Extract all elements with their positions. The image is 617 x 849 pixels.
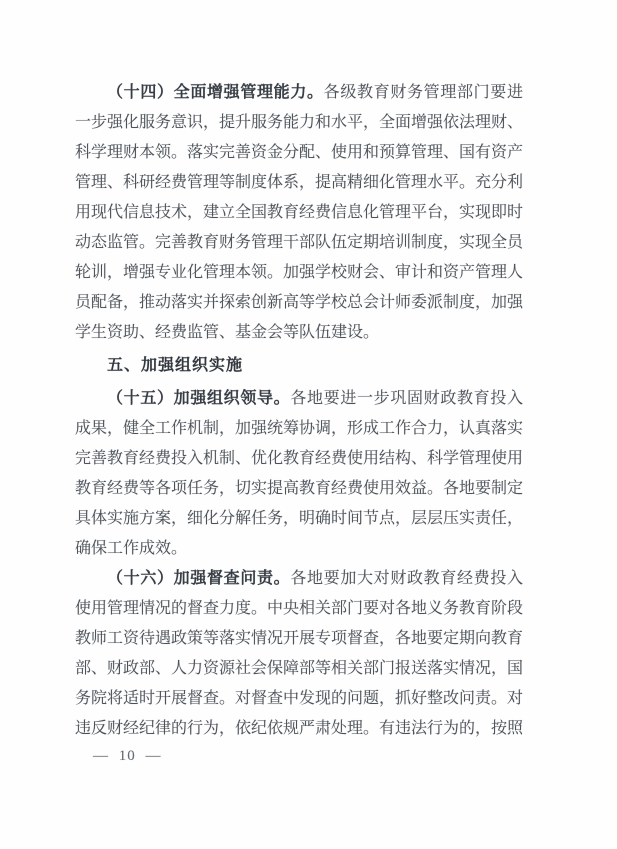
paragraph-item-16: （十六）加强督查问责。各地要加大对财政教育经费投入使用管理情况的督查力度。中央相… <box>75 564 523 744</box>
page-number: — 10 — <box>93 747 162 765</box>
paragraph-item-15-lead: （十五）加强组织领导。 <box>107 390 290 407</box>
document-body: （十四）全面增强管理能力。各级教育财务管理部门要进一步强化服务意识，提升服务能力… <box>75 78 523 744</box>
section-heading-5: 五、加强组织实施 <box>75 351 523 381</box>
paragraph-item-14: （十四）全面增强管理能力。各级教育财务管理部门要进一步强化服务意识，提升服务能力… <box>75 78 523 348</box>
paragraph-item-15: （十五）加强组织领导。各地要进一步巩固财政教育投入成果，健全工作机制，加强统筹协… <box>75 384 523 564</box>
paragraph-item-16-text: 各地要加大对财政教育经费投入使用管理情况的督查力度。中央相关部门要对各地义务教育… <box>75 570 523 737</box>
paragraph-item-14-text: 各级教育财务管理部门要进一步强化服务意识，提升服务能力和水平，全面增强依法理财、… <box>75 84 523 341</box>
paragraph-item-16-lead: （十六）加强督查问责。 <box>107 570 290 587</box>
paragraph-item-14-lead: （十四）全面增强管理能力。 <box>107 84 324 101</box>
document-page: { "page": { "number_display": "— 10 —" }… <box>0 0 617 849</box>
paragraph-item-15-text: 各地要进一步巩固财政教育投入成果，健全工作机制，加强统筹协调，形成工作合力，认真… <box>75 390 523 557</box>
page-sheet: （十四）全面增强管理能力。各级教育财务管理部门要进一步强化服务意识，提升服务能力… <box>0 0 617 849</box>
